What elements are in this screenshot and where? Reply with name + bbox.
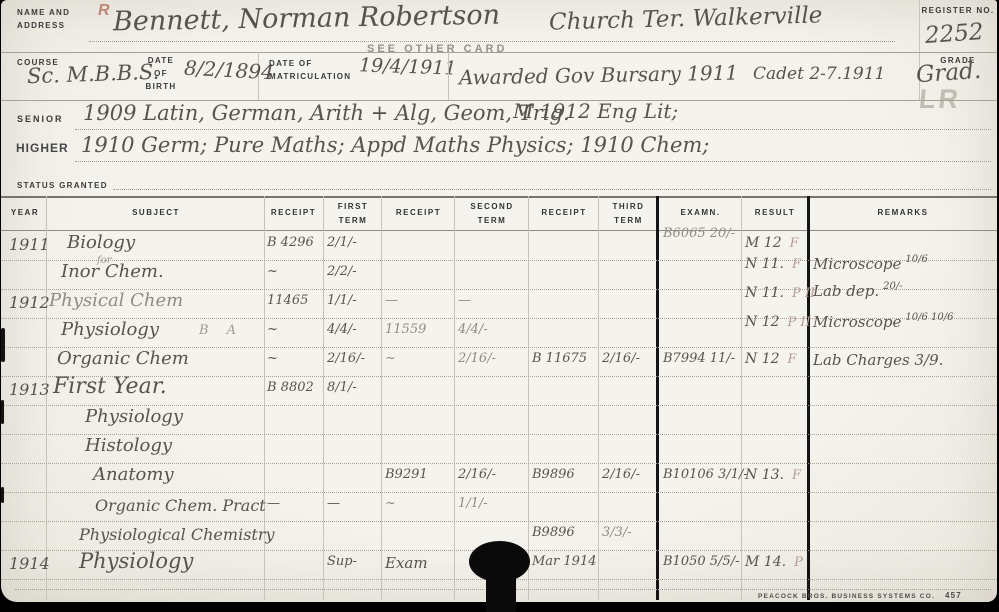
senior-writing-line	[75, 129, 991, 130]
status-granted-label: STATUS GRANTED	[17, 180, 108, 193]
remark-sup: 10/6 10/6	[905, 312, 953, 323]
cell-term3: 3/3/-	[602, 525, 655, 540]
cell-term2: 2/16/-	[458, 467, 526, 482]
cell-receipt2: Exam	[385, 554, 452, 572]
higher-value: 1910 Germ; Pure Maths; Appd Maths Physic…	[81, 133, 709, 157]
cell-remarks: Microscope10/6	[813, 254, 995, 273]
cell-year: 1912	[9, 293, 47, 312]
punch-hole-stem	[486, 566, 516, 612]
cell-receipt3: B 11675	[532, 351, 596, 366]
cell-year: 1914	[9, 554, 47, 573]
cell-term1: 4/4/-	[327, 322, 379, 337]
cell-subject: First Year.	[49, 374, 267, 399]
senior-label: SENIOR	[17, 112, 64, 126]
cell-term2: 2/16/-	[458, 351, 526, 366]
see-other-card-stamp: SEE OTHER CARD	[367, 43, 507, 55]
subject-text: Anatomy	[93, 464, 174, 485]
cell-receipt3: B9896	[532, 467, 596, 482]
cell-subject: Physiology	[49, 406, 299, 427]
subject-text: Physiology	[61, 319, 159, 340]
result-text: N 12	[745, 314, 780, 330]
table-row: Anatomy B9291 2/16/- B9896 2/16/- B10106…	[1, 463, 997, 493]
scan-edge-smudge	[1, 487, 4, 503]
cell-remarks: Microscope10/6 10/6	[813, 312, 995, 331]
name-value: Bennett, Norman Robertson	[113, 0, 500, 37]
cell-result: M 14.P	[745, 554, 807, 570]
cell-receipt1: ~	[267, 322, 323, 337]
cell-year: 1911	[9, 235, 47, 254]
red-r-mark: R	[98, 2, 110, 20]
result-text: M 12	[745, 235, 782, 251]
field-divider	[448, 52, 449, 100]
subject-text: Physiology	[79, 549, 193, 573]
cell-subject: Anatomy	[49, 464, 307, 485]
cell-subject: Inor Chem.for	[49, 261, 275, 282]
cell-receipt3: Mar 1914	[532, 554, 596, 569]
result-text: N 13.	[745, 467, 784, 483]
address-value: Church Ter. Walkerville	[549, 2, 823, 35]
result-grade: F	[792, 257, 801, 272]
bursary-note: Awarded Gov Bursary 1911	[459, 61, 738, 90]
col-header-year: Year	[3, 206, 47, 220]
matriculation-label: DATE OF MATRICULATION	[269, 58, 357, 84]
printer-footer: PEACOCK BROS. BUSINESS SYSTEMS CO.457	[758, 591, 962, 600]
senior-value: 1909 Latin, German, Arith + Alg, Geom, T…	[83, 101, 570, 125]
cell-receipt2: ~	[385, 496, 452, 511]
cell-result: N 11.P II	[745, 285, 807, 301]
table-row: 1913 First Year. B 8802 8/1/-	[1, 376, 997, 406]
remark-text: Lab dep.	[813, 282, 879, 300]
col-header-result: Result	[743, 206, 807, 220]
higher-writing-line	[75, 161, 991, 162]
cell-examn: B6065 20/-	[663, 226, 741, 241]
cell-examn: B1050 5/5/-	[663, 554, 741, 569]
subject-text: Biology	[67, 232, 135, 253]
subject-note: for	[97, 255, 112, 266]
cell-result: N 11.F	[745, 256, 807, 272]
result-text: N 12	[745, 351, 780, 367]
cell-remarks: Lab Charges 3/9.	[813, 351, 995, 369]
subject-text: Physiology	[85, 406, 183, 427]
cell-term2: 1/1/-	[458, 496, 526, 511]
col-header-receipt-3: Receipt	[530, 206, 598, 220]
table-row: Organic Chem. Pract — — ~ 1/1/-	[1, 492, 997, 522]
result-grade: P	[794, 555, 803, 570]
subject-text: Organic Chem	[57, 348, 189, 369]
cell-term1: 2/16/-	[327, 351, 379, 366]
matriculation-value: 19/4/1911	[359, 54, 457, 79]
cell-receipt3: B9896	[532, 525, 596, 540]
cell-term2: —	[458, 293, 526, 308]
cell-examn: B7994 11/-	[663, 351, 741, 366]
col-header-first-term: First Term	[325, 200, 381, 227]
result-grade: F	[790, 236, 799, 251]
cell-subject: Biology	[49, 232, 281, 253]
cell-receipt1: B 8802	[267, 380, 323, 395]
cell-subject: PhysiologyB A	[49, 319, 275, 340]
subject-text: Physical Chem	[49, 290, 183, 311]
cell-receipt2: B9291	[385, 467, 452, 482]
form-number: 457	[945, 591, 962, 600]
col-header-receipt-2: Receipt	[383, 206, 454, 220]
col-header-examn: Examn.	[660, 206, 741, 220]
cell-subject: Organic Chem	[49, 348, 271, 369]
cell-result: M 12F	[745, 235, 807, 251]
table-top-border	[1, 196, 997, 198]
name-writing-line	[89, 41, 895, 42]
cell-result: N 12P II	[745, 314, 807, 330]
remark-sup: 20/-	[883, 281, 902, 292]
section-line	[1, 52, 997, 53]
name-address-label: NAME AND ADDRESS	[17, 7, 75, 33]
subject-text: Organic Chem. Pract	[95, 496, 266, 515]
subject-note: B A	[199, 323, 243, 338]
result-grade: F	[788, 352, 797, 367]
cell-subject: Histology	[49, 435, 299, 456]
cell-receipt2: ~	[385, 351, 452, 366]
table-row: PhysiologyB A ~ 4/4/- 11559 4/4/- N 12P …	[1, 318, 997, 348]
result-text: M 14.	[745, 554, 786, 570]
cell-remarks: Lab dep.20/-	[813, 281, 995, 300]
col-header-second-term: Second Term	[456, 200, 528, 227]
scan-edge-smudge	[1, 400, 4, 424]
cell-term3: 2/16/-	[602, 467, 655, 482]
cell-receipt1: ~	[267, 351, 323, 366]
result-text: N 11.	[745, 285, 784, 301]
col-header-third-term: Third Term	[600, 200, 657, 227]
cell-subject: Physiology	[49, 549, 293, 573]
col-header-remarks: Remarks	[810, 206, 996, 220]
remark-text: Lab Charges 3/9.	[813, 351, 943, 369]
status-writing-line	[113, 189, 991, 190]
cell-term1: Sup-	[327, 554, 379, 569]
cell-term1: —	[327, 496, 379, 511]
cell-term1: 2/1/-	[327, 235, 379, 250]
col-header-receipt-1: Receipt	[264, 206, 323, 220]
cell-year: 1913	[9, 380, 47, 399]
cadet-note: Cadet 2-7.1911	[753, 64, 885, 84]
course-value: Sc. M.B.B.S.	[27, 60, 160, 89]
higher-label: HIGHER	[16, 139, 69, 158]
register-number: 2252	[924, 19, 984, 49]
table-row: Histology	[1, 434, 997, 464]
registration-card: NAME AND ADDRESS R Bennett, Norman Rober…	[1, 0, 997, 602]
cell-term3: 2/16/-	[602, 351, 655, 366]
subject-text: Inor Chem.	[61, 261, 164, 282]
result-grade: F	[792, 468, 801, 483]
table-row: Physiology	[1, 405, 997, 435]
cell-receipt1: 11465	[267, 293, 323, 308]
cell-receipt1: B 4296	[267, 235, 323, 250]
cell-receipt1: —	[267, 496, 323, 511]
cell-term1: 1/1/-	[327, 293, 379, 308]
dob-value: 8/2/1894	[183, 56, 274, 85]
result-grade: P II	[792, 286, 815, 301]
table-row: Organic Chem ~ 2/16/- ~ 2/16/- B 11675 2…	[1, 347, 997, 377]
result-grade: P II	[788, 315, 811, 330]
remark-text: Microscope	[813, 255, 901, 273]
remark-sup: 10/6	[905, 254, 927, 265]
remark-text: Microscope	[813, 313, 901, 331]
result-text: N 11.	[745, 256, 784, 272]
col-header-subject: Subject	[49, 206, 263, 220]
printer-name: PEACOCK BROS. BUSINESS SYSTEMS CO.	[758, 593, 935, 600]
cell-receipt2: 11559	[385, 322, 452, 337]
dob-label: DATE OF BIRTH	[143, 55, 179, 93]
cell-receipt2: —	[385, 293, 452, 308]
subject-text: Physiological Chemistry	[79, 525, 275, 544]
scanned-card-page: NAME AND ADDRESS R Bennett, Norman Rober…	[0, 0, 999, 612]
cell-examn: B10106 3/1/-	[663, 467, 741, 482]
register-label: REGISTER No.	[921, 5, 995, 18]
cell-subject: Physiological Chemistry	[49, 525, 293, 544]
cell-subject: Physical Chem	[49, 290, 263, 311]
subject-text: First Year.	[53, 374, 167, 399]
cell-result: N 13.F	[745, 467, 807, 483]
scan-edge-smudge	[1, 328, 5, 362]
cell-term2: 4/4/-	[458, 322, 526, 337]
cell-receipt1: ~	[267, 264, 323, 279]
cell-result: N 12F	[745, 351, 807, 367]
cell-term1: 2/2/-	[327, 264, 379, 279]
senior-value-2: M 1912 Eng Lit;	[513, 99, 678, 123]
subject-text: Histology	[85, 435, 172, 456]
cell-term1: 8/1/-	[327, 380, 379, 395]
